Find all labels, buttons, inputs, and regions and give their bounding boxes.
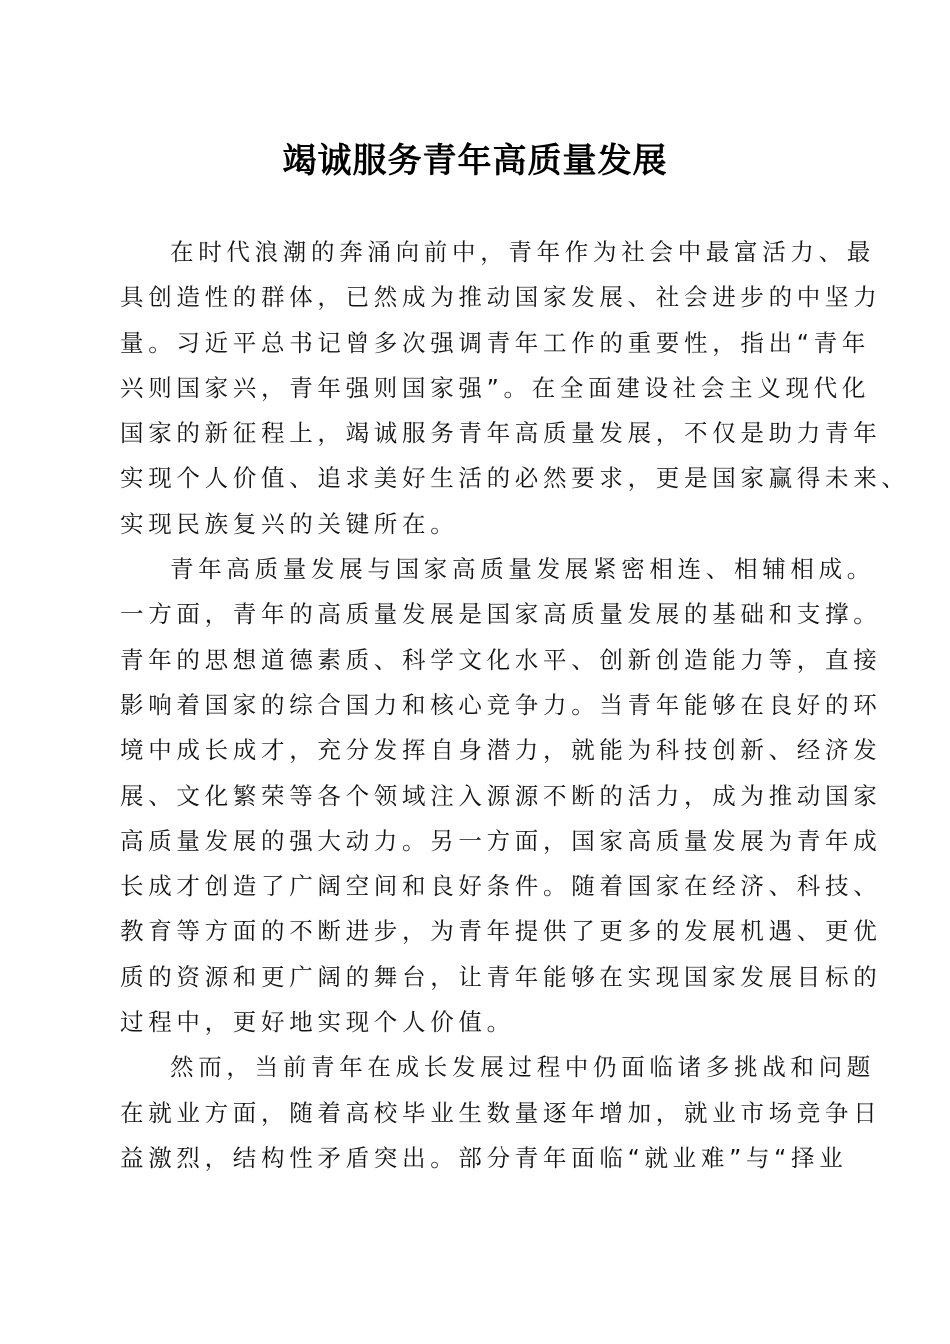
- paragraph-line: 高质量发展的强大动力。另一方面，国家高质量发展为青年成: [120, 819, 850, 864]
- paragraph-line: 具创造性的群体，已然成为推动国家发展、社会进步的中坚力: [120, 275, 850, 320]
- paragraph-line: 质的资源和更广阔的舞台，让青年能够在实现国家发展目标的: [120, 955, 850, 1000]
- paragraph-line: 影响着国家的综合国力和核心竞争力。当青年能够在良好的环: [120, 683, 850, 728]
- paragraph-line: 实现个人价值、追求美好生活的必然要求，更是国家赢得未来、: [120, 456, 850, 501]
- paragraph-1: 在时代浪潮的奔涌向前中，青年作为社会中最富活力、最 具创造性的群体，已然成为推动…: [120, 230, 850, 547]
- paragraph-line: 过程中，更好地实现个人价值。: [120, 1000, 850, 1045]
- paragraph-line: 长成才创造了广阔空间和良好条件。随着国家在经济、科技、: [120, 864, 850, 909]
- paragraph-line: 然而，当前青年在成长发展过程中仍面临诸多挑战和问题: [120, 1045, 850, 1090]
- paragraph-line: 实现民族复兴的关键所在。: [120, 502, 850, 547]
- document-title: 竭诚服务青年高质量发展: [0, 136, 950, 186]
- paragraph-line: 在时代浪潮的奔涌向前中，青年作为社会中最富活力、最: [120, 230, 850, 275]
- paragraph-line: 教育等方面的不断进步，为青年提供了更多的发展机遇、更优: [120, 909, 850, 954]
- paragraph-line: 一方面，青年的高质量发展是国家高质量发展的基础和支撑。: [120, 592, 850, 637]
- paragraph-line: 青年的思想道德素质、科学文化水平、创新创造能力等，直接: [120, 638, 850, 683]
- document-body: 在时代浪潮的奔涌向前中，青年作为社会中最富活力、最 具创造性的群体，已然成为推动…: [120, 230, 850, 1181]
- paragraph-line: 展、文化繁荣等各个领域注入源源不断的活力，成为推动国家: [120, 774, 850, 819]
- paragraph-line: 国家的新征程上，竭诚服务青年高质量发展，不仅是助力青年: [120, 411, 850, 456]
- paragraph-2: 青年高质量发展与国家高质量发展紧密相连、相辅相成。 一方面，青年的高质量发展是国…: [120, 547, 850, 1045]
- paragraph-line: 兴则国家兴，青年强则国家强”。在全面建设社会主义现代化: [120, 366, 850, 411]
- paragraph-line: 境中成长成才，充分发挥自身潜力，就能为科技创新、经济发: [120, 728, 850, 773]
- paragraph-line: 青年高质量发展与国家高质量发展紧密相连、相辅相成。: [120, 547, 850, 592]
- paragraph-line: 量。习近平总书记曾多次强调青年工作的重要性，指出“青年: [120, 321, 850, 366]
- paragraph-line: 益激烈，结构性矛盾突出。部分青年面临“就业难”与“择业: [120, 1136, 850, 1181]
- paragraph-3: 然而，当前青年在成长发展过程中仍面临诸多挑战和问题 在就业方面，随着高校毕业生数…: [120, 1045, 850, 1181]
- document-page: 竭诚服务青年高质量发展 在时代浪潮的奔涌向前中，青年作为社会中最富活力、最 具创…: [0, 0, 950, 1344]
- paragraph-line: 在就业方面，随着高校毕业生数量逐年增加，就业市场竞争日: [120, 1091, 850, 1136]
